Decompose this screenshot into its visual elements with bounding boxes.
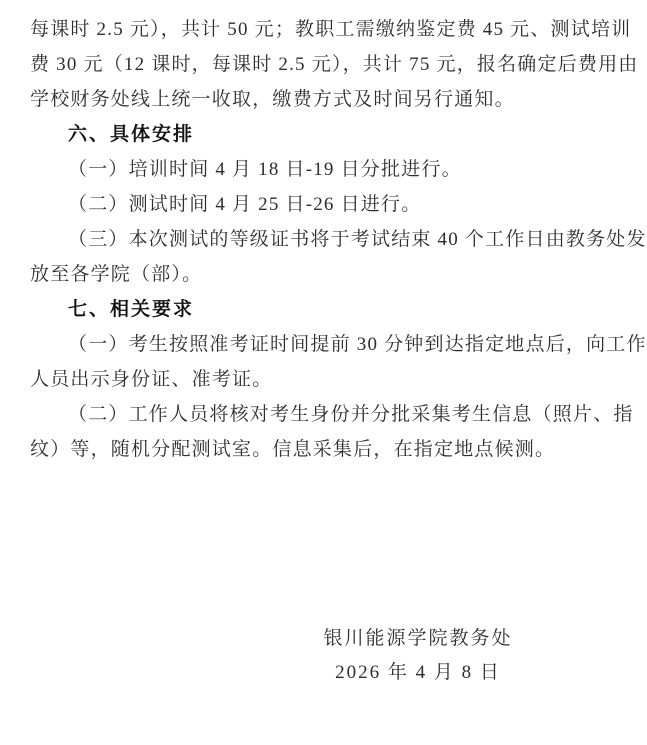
document-body: 每课时 2.5 元），共计 50 元；教职工需缴纳鉴定费 45 元、测试培训 费… [30, 12, 621, 467]
body-line: 学校财务处线上统一收取，缴费方式及时间另行通知。 [30, 82, 621, 117]
body-line: 费 30 元（12 课时，每课时 2.5 元），共计 75 元，报名确定后费用由 [30, 47, 621, 82]
body-line: （三）本次测试的等级证书将于考试结束 40 个工作日由教务处发 [30, 222, 621, 257]
section-heading-6: 六、具体安排 [30, 117, 621, 152]
signature-issuer: 银川能源学院教务处 [283, 622, 553, 656]
body-line: （一）培训时间 4 月 18 日-19 日分批进行。 [30, 152, 621, 187]
signature-date: 2026 年 4 月 8 日 [283, 656, 553, 690]
body-line: （二）测试时间 4 月 25 日-26 日进行。 [30, 187, 621, 222]
body-line: 人员出示身份证、准考证。 [30, 362, 621, 397]
body-line: 每课时 2.5 元），共计 50 元；教职工需缴纳鉴定费 45 元、测试培训 [30, 12, 621, 47]
body-line: （一）考生按照准考证时间提前 30 分钟到达指定地点后，向工作 [30, 327, 621, 362]
document-page: 每课时 2.5 元），共计 50 元；教职工需缴纳鉴定费 45 元、测试培训 费… [0, 0, 647, 745]
body-line: 纹）等，随机分配测试室。信息采集后，在指定地点候测。 [30, 432, 621, 467]
body-line: （二）工作人员将核对考生身份并分批采集考生信息（照片、指 [30, 397, 621, 432]
body-line: 放至各学院（部）。 [30, 257, 621, 292]
section-heading-7: 七、相关要求 [30, 292, 621, 327]
signature-block: 银川能源学院教务处 2026 年 4 月 8 日 [283, 622, 553, 690]
